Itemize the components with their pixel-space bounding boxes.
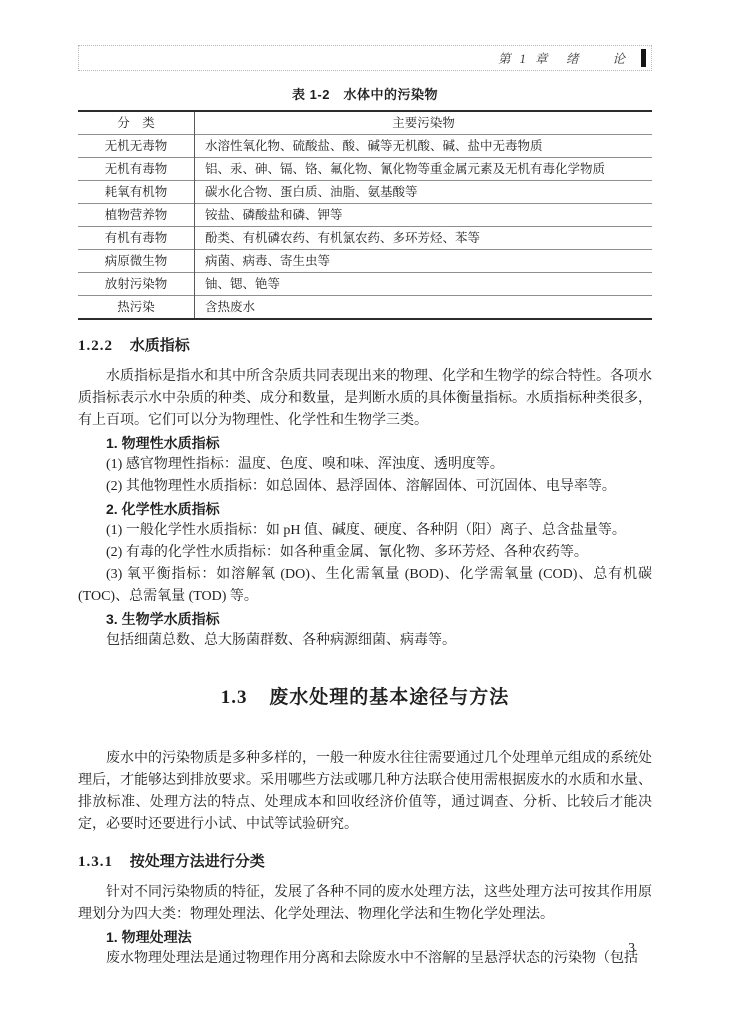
page-content: 第 1 章 绪 论 表 1-2 水体中的污染物 分 类 主要污染物 无机无毒物 … <box>78 45 652 970</box>
table-row: 热污染 含热废水 <box>78 296 652 320</box>
section-title: 按处理方法进行分类 <box>130 853 265 870</box>
list-item: (1) 一般化学性水质指标：如 pH 值、碱度、硬度、各种阴（阳）离子、总含盐量… <box>78 520 652 542</box>
row-category: 放射污染物 <box>78 273 195 296</box>
column-header-category: 分 类 <box>78 111 195 135</box>
column-header-pollutants: 主要污染物 <box>195 111 653 135</box>
list-item: (2) 其他物理性水质指标：如总固体、悬浮固体、溶解固体、可沉固体、电导率等。 <box>78 476 652 498</box>
page-number: 3 <box>628 940 635 956</box>
table-row: 有机有毒物 酚类、有机磷农药、有机氯农药、多环芳烃、苯等 <box>78 227 652 250</box>
list-subhead: 1. 物理性水质指标 <box>78 432 652 454</box>
row-pollutants: 水溶性氧化物、硫酸盐、酸、碱等无机酸、碱、盐中无毒物质 <box>195 135 653 158</box>
list-item: (2) 有毒的化学性水质指标：如各种重金属、氰化物、多环芳烃、各种农药等。 <box>78 542 652 564</box>
paragraph: 水质指标是指水和其中所含杂质共同表现出来的物理、化学和生物学的综合特性。各项水质… <box>78 366 652 432</box>
table-row: 放射污染物 铀、锶、铯等 <box>78 273 652 296</box>
header-end-bar <box>641 49 646 67</box>
row-category: 病原微生物 <box>78 250 195 273</box>
row-category: 植物营养物 <box>78 204 195 227</box>
section-number: 1.2.2 <box>78 338 113 354</box>
row-pollutants: 铵盐、磷酸盐和磷、钾等 <box>195 204 653 227</box>
pollutants-table: 分 类 主要污染物 无机无毒物 水溶性氧化物、硫酸盐、酸、碱等无机酸、碱、盐中无… <box>78 110 652 320</box>
paragraph: 废水中的污染物质是多种多样的，一般一种废水往往需要通过几个处理单元组成的系统处理… <box>78 748 652 836</box>
list-subhead: 3. 生物学水质指标 <box>78 608 652 630</box>
table-header-row: 分 类 主要污染物 <box>78 111 652 135</box>
section-number: 1.3.1 <box>78 854 113 870</box>
section-heading-1-2-2: 1.2.2 水质指标 <box>78 335 652 357</box>
running-header: 第 1 章 绪 论 <box>78 45 652 71</box>
row-category: 耗氧有机物 <box>78 181 195 204</box>
row-category: 无机无毒物 <box>78 135 195 158</box>
row-pollutants: 铀、锶、铯等 <box>195 273 653 296</box>
section-title: 废水处理的基本途径与方法 <box>269 687 509 708</box>
table-row: 病原微生物 病菌、病毒、寄生虫等 <box>78 250 652 273</box>
section-heading-1-3: 1.3 废水处理的基本途径与方法 <box>78 684 652 712</box>
row-pollutants: 酚类、有机磷农药、有机氯农药、多环芳烃、苯等 <box>195 227 653 250</box>
row-pollutants: 碳水化合物、蛋白质、油脂、氨基酸等 <box>195 181 653 204</box>
list-subhead: 1. 物理处理法 <box>78 926 652 948</box>
row-pollutants: 含热废水 <box>195 296 653 320</box>
list-item: (1) 感官物理性指标：温度、色度、嗅和味、浑浊度、透明度等。 <box>78 454 652 476</box>
section-heading-1-3-1: 1.3.1 按处理方法进行分类 <box>78 851 652 873</box>
row-category: 无机有毒物 <box>78 158 195 181</box>
book-page: 第 1 章 绪 论 表 1-2 水体中的污染物 分 类 主要污染物 无机无毒物 … <box>0 0 730 1016</box>
table-row: 植物营养物 铵盐、磷酸盐和磷、钾等 <box>78 204 652 227</box>
row-category: 热污染 <box>78 296 195 320</box>
list-item: 包括细菌总数、总大肠菌群数、各种病源细菌、病毒等。 <box>78 630 652 652</box>
table-row: 无机无毒物 水溶性氧化物、硫酸盐、酸、碱等无机酸、碱、盐中无毒物质 <box>78 135 652 158</box>
row-pollutants: 病菌、病毒、寄生虫等 <box>195 250 653 273</box>
list-subhead: 2. 化学性水质指标 <box>78 498 652 520</box>
section-title: 水质指标 <box>130 337 190 354</box>
list-item: (3) 氧平衡指标：如溶解氧 (DO)、生化需氧量 (BOD)、化学需氧量 (C… <box>78 564 652 608</box>
paragraph: 针对不同污染物质的特征，发展了各种不同的废水处理方法，这些处理方法可按其作用原理… <box>78 882 652 926</box>
row-category: 有机有毒物 <box>78 227 195 250</box>
table-row: 无机有毒物 铝、汞、砷、镉、铬、氟化物、氰化物等重金属元素及无机有毒化学物质 <box>78 158 652 181</box>
table-row: 耗氧有机物 碳水化合物、蛋白质、油脂、氨基酸等 <box>78 181 652 204</box>
row-pollutants: 铝、汞、砷、镉、铬、氟化物、氰化物等重金属元素及无机有毒化学物质 <box>195 158 653 181</box>
section-number: 1.3 <box>221 687 248 708</box>
table-caption: 表 1-2 水体中的污染物 <box>78 84 652 103</box>
paragraph: 废水物理处理法是通过物理作用分离和去除废水中不溶解的呈悬浮状态的污染物（包括 <box>78 948 652 970</box>
chapter-title: 第 1 章 绪 论 <box>498 49 628 67</box>
